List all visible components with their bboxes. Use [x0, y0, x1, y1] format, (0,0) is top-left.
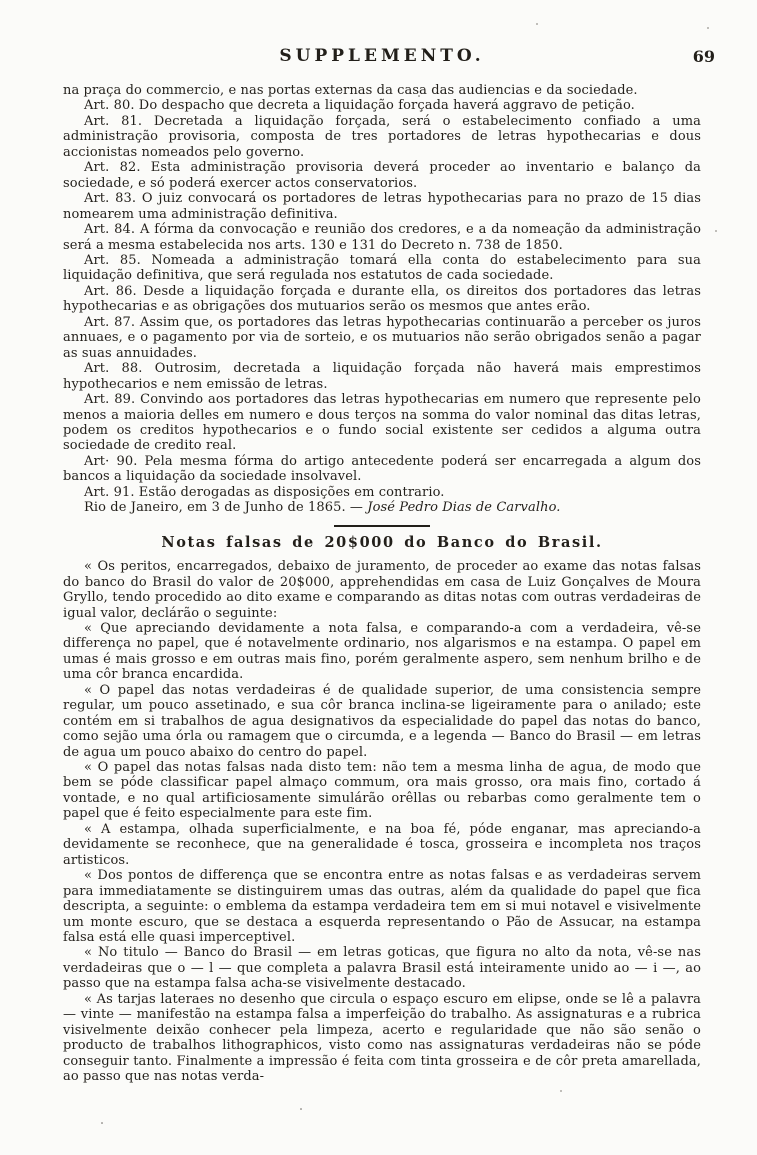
- article-80: Art. 80. Do despacho que decreta a liqui…: [63, 98, 701, 113]
- signature-name: José Pedro Dias de Carvalho.: [367, 500, 560, 515]
- quote-paragraph-2: « Que apreciando devidamente a nota fals…: [63, 621, 701, 683]
- article-87: Art. 87. Assim que, os portadores das le…: [63, 315, 701, 361]
- article-84: Art. 84. A fórma da convocação e reunião…: [63, 222, 701, 253]
- quote-paragraph-7: « No titulo — Banco do Brasil — em letra…: [63, 945, 701, 991]
- quote-paragraph-4: « O papel das notas falsas nada disto te…: [63, 760, 701, 822]
- scan-speckle: [536, 23, 538, 25]
- article-82: Art. 82. Esta administração provisoria d…: [63, 160, 701, 191]
- article-85: Art. 85. Nomeada a administração tomará …: [63, 253, 701, 284]
- article-88: Art. 88. Outrosim, decretada a liquidaçã…: [63, 361, 701, 392]
- article-81: Art. 81. Decretada a liquidação forçada,…: [63, 114, 701, 160]
- scan-speckle: [300, 1108, 302, 1110]
- scan-speckle: [560, 1090, 562, 1092]
- article-83: Art. 83. O juiz convocará os portadores …: [63, 191, 701, 222]
- signature-line: Rio de Janeiro, em 3 de Junho de 1865. —…: [63, 500, 701, 515]
- page-body: na praça do commercio, e nas portas exte…: [63, 83, 701, 1085]
- page-header: SUPPLEMENTO. 69: [63, 46, 701, 72]
- article-86: Art. 86. Desde a liquidação forçada e du…: [63, 284, 701, 315]
- quote-paragraph-3: « O papel das notas verdadeiras é de qua…: [63, 683, 701, 760]
- quote-paragraph-5: « A estampa, olhada superficialmente, e …: [63, 822, 701, 868]
- quote-paragraph-1: « Os peritos, encarregados, debaixo de j…: [63, 559, 701, 621]
- section-heading: Notas falsas de 20$000 do Banco do Brasi…: [63, 535, 701, 550]
- scan-speckle: [418, 95, 420, 97]
- page-number: 69: [693, 47, 715, 66]
- signature-place-date: Rio de Janeiro, em 3 de Junho de 1865. —: [84, 500, 367, 515]
- paragraph-continuation: na praça do commercio, e nas portas exte…: [63, 83, 701, 98]
- section-divider: [334, 525, 430, 527]
- article-91: Art. 91. Estão derogadas as disposições …: [63, 485, 701, 500]
- scan-speckle: [101, 1122, 103, 1124]
- quote-paragraph-8: « As tarjas lateraes no desenho que circ…: [63, 992, 701, 1085]
- article-89: Art. 89. Convindo aos portadores das let…: [63, 392, 701, 454]
- quote-paragraph-6: « Dos pontos de differença que se encont…: [63, 868, 701, 945]
- scan-speckle: [715, 230, 717, 232]
- scan-speckle: [707, 27, 709, 29]
- document-page: SUPPLEMENTO. 69 na praça do commercio, e…: [0, 0, 757, 1155]
- article-90: Art· 90. Pela mesma fórma do artigo ante…: [63, 454, 701, 485]
- page-title: SUPPLEMENTO.: [63, 46, 701, 66]
